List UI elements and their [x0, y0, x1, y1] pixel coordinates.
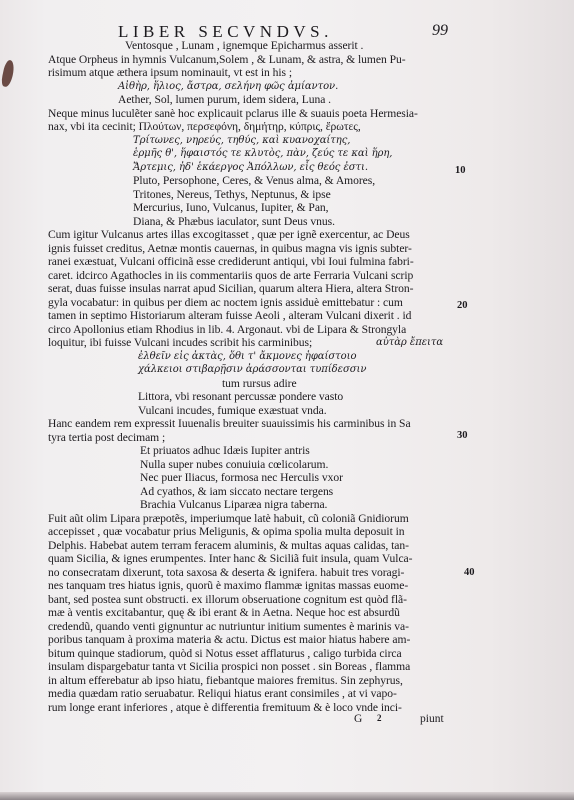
text-line: Vulcani incudes, fumique exæstuat vnda. — [138, 404, 327, 417]
text-line: Pluto, Persophone, Ceres, & Venus alma, … — [133, 174, 375, 187]
margin-line-number: 10 — [455, 165, 466, 176]
text-line: Nulla super nubes conuiuia cœlicolarum. — [140, 458, 328, 471]
greek-verse-line: Τρίτωνες, νηρεύς, τηθύς, καὶ κυανοχαίτης… — [133, 134, 350, 147]
text-line: mæ à ventis excitabantur, quę & ibi eran… — [48, 606, 400, 619]
text-line: quam Sicilia, & ignes erumpentes. Inter … — [48, 552, 412, 565]
text-line: credendũ, quando venti gignuntur ac nutr… — [48, 620, 409, 633]
text-line: nes tanquam tres hiatus ignis, quorũ è m… — [48, 579, 408, 592]
text-line: Littora, vbi resonant percussæ pondere v… — [138, 390, 343, 403]
text-line: insulam dispargebatur tanta vt Sicilia p… — [48, 660, 410, 673]
greek-verse-line: Αἰθὴρ, ἥλιος, ἄστρα, σελήνη φῶς ἀμίαντον… — [118, 80, 338, 93]
text-line: Ventosque , Lunam , ignemque Epicharmus … — [125, 39, 363, 52]
book-page: LIBER SECVNDVS. 99 Ventosque , Lunam , i… — [0, 0, 574, 800]
text-line: tyra tertia post decimam ; — [48, 431, 165, 444]
greek-verse-line: Ἄρτεμις, ἠδ' ἑκάεργος Ἀπόλλων, εἷς θεός … — [133, 161, 368, 174]
greek-verse-line: ἑρμῆς θ', ἥφαιστός τε κλυτὸς, πὰν, ζεύς … — [133, 147, 392, 160]
text-line: Nec puer Iliacus, formosa nec Herculis v… — [140, 471, 343, 484]
text-line: gyla vocabatur: in quibus per diem ac no… — [48, 296, 403, 309]
greek-verse-line: χάλκειοι στιβαρῇσιν ἀράσσονται τυπίδεσσι… — [138, 363, 366, 376]
text-line: Diana, & Phæbus iaculator, sunt Deus vnu… — [133, 215, 335, 228]
text-line: circo Apollonius etiam Rhodius in lib. 4… — [48, 323, 406, 336]
page-number: 99 — [432, 22, 448, 40]
text-line: Tritones, Nereus, Tethys, Neptunus, & ip… — [133, 188, 331, 201]
text-line: Et priuatos adhuc Idæis Iupiter antris — [140, 444, 310, 457]
text-line: Atque Orpheus in hymnis Vulcanum,Solem ,… — [48, 53, 406, 66]
text-line: loquitur, ibi fuisse Vulcani incudes scr… — [48, 336, 312, 349]
text-line: bant, sed postea sunt obstructi. ex illo… — [48, 593, 407, 606]
signature-number: 2 — [377, 713, 382, 723]
text-line: risimum atque æthera ipsum nominauit, vt… — [48, 66, 292, 79]
text-line: tum rursus adire — [222, 377, 297, 390]
text-line: media quædam ratio seruabatur. Reliqui h… — [48, 687, 397, 700]
text-line: Aether, Sol, lumen purum, idem sidera, L… — [118, 93, 331, 106]
text-line: Neque minus luculẽter sanè hoc explicaui… — [48, 107, 418, 120]
text-line: Ad cyathos, & iam siccato nectare tergen… — [140, 485, 333, 498]
text-line: Hanc eandem rem expressit Iuuenalis breu… — [48, 417, 411, 430]
text-line: ignis fuisset creditus, Aetnæ montis cau… — [48, 242, 412, 255]
text-line: Cum igitur Vulcanus artes illas excogita… — [48, 228, 410, 241]
text-line: caret. idcirco Agathocles in iis comment… — [48, 269, 413, 282]
margin-line-number: 30 — [457, 430, 468, 441]
margin-line-number: 20 — [457, 300, 468, 311]
text-line: rum longe erant inferiores , atque è dif… — [48, 701, 402, 714]
text-line: no consecratam dixerunt, tota saxosa & d… — [48, 566, 404, 579]
text-line: ranei exæstuat, Vulcani officinã esse cr… — [48, 255, 414, 268]
text-line: Brachia Vulcanus Liparæa nigra taberna. — [140, 498, 327, 511]
text-line: accepisset , quæ vocabatur prius Meligun… — [48, 525, 405, 538]
text-line: in altum efferebatur ab ipso hiatu, fieb… — [48, 674, 403, 687]
text-line: bitum quinque stadiorum, quòd si Notus e… — [48, 647, 402, 660]
text-line: Mercurius, Iuno, Vulcanus, Iupiter, & Pa… — [133, 201, 329, 214]
ink-stain — [0, 59, 15, 87]
greek-verse-line: αὐτὰρ ἔπειτα — [376, 336, 443, 349]
text-line: nax, vbi ita cecinit; Πλούτων, περσεφόνη… — [48, 120, 361, 133]
greek-verse-line: ἐλθεῖν εἰς ἀκτὰς, ὅθι τ' ἄκμονες ἡφαίστο… — [138, 350, 356, 363]
page-bottom-edge — [0, 792, 574, 800]
margin-line-number: 40 — [464, 567, 475, 578]
signature-mark: G — [354, 713, 362, 725]
text-line: tamen in septimo Historiarum alteram fui… — [48, 309, 411, 322]
text-line: poribus tanquam à proxima materia & actu… — [48, 633, 410, 646]
text-line: Fuit aũt olim Lipara præpotẽs, imperiumq… — [48, 512, 409, 525]
text-line: Delphis. Habebat autem terram feracem al… — [48, 539, 409, 552]
catchword: piunt — [420, 713, 444, 725]
text-line: serat, duas fuisse insulas narrat apud S… — [48, 282, 413, 295]
